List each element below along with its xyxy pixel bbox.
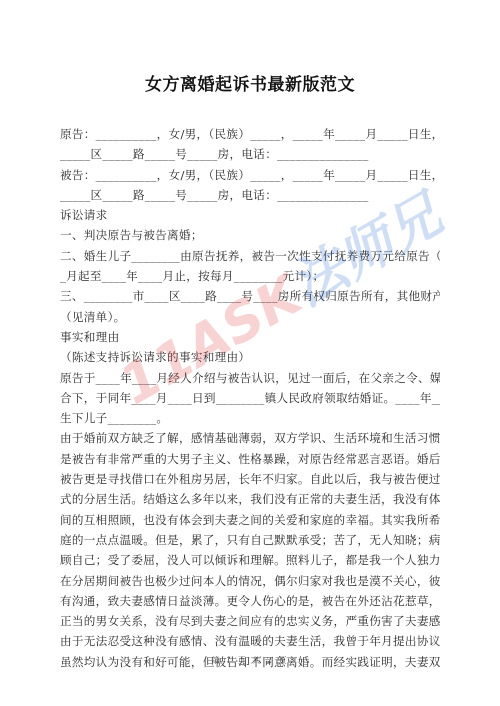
text-line: 原告于____年____月经人介绍与被告认识，见过一面后，在父亲之令、媒妁之言的…	[60, 368, 440, 388]
text-line: 式的分居生活。结婚这么多年以来，我们没有正常的夫妻生活，我没有体会到夫妻之	[60, 489, 440, 509]
document-page: 女方离婚起诉书最新版范文 原告：__________，女/男，（民族）_____…	[0, 0, 500, 706]
text-line: 三、________市____区____路____号____房所有权归原告所有，…	[60, 286, 440, 306]
text-line: 正当的男女关系，没有尽到夫妻之间应有的忠实义务，严重伤害了夫妻感情。	[60, 611, 440, 631]
text-line: 原告：__________，女/男，（民族）_____，_____年_____月…	[60, 124, 440, 144]
document-body: 原告：__________，女/男，（民族）_____，_____年_____月…	[60, 124, 440, 672]
section-heading: 事实和理由	[60, 327, 440, 347]
text-line: _____区_____路_____号_____房，电话：____________…	[60, 185, 440, 205]
text-line: 由于婚前双方缺乏了解，感情基础薄弱，双方学识、生活环境和生活习惯不同，尤其	[60, 428, 440, 448]
text-line: 合下，于同年____月____日到________镇人民政府领取结婚证。____…	[60, 388, 440, 408]
section-heading: 诉讼请求	[60, 205, 440, 225]
text-line: 有沟通，致夫妻感情日益淡薄。更令人伤心的是，被告在外还沾花惹草，与他人有不	[60, 591, 440, 611]
text-line: （见清单）。	[60, 307, 440, 327]
text-line: 一、判决原告与被告离婚；	[60, 225, 440, 245]
text-line: 由于无法忍受这种没有感情、没有温暖的夫妻生活，我曾于年月提出协议离婚，双方	[60, 631, 440, 651]
text-line: （陈述支持诉讼请求的事实和理由）	[60, 347, 440, 367]
text-line: 是被告有非常严重的大男子主义、性格暴躁，对原告经常恶言恶语。婚后不到二年，	[60, 449, 440, 469]
text-line: 被告更是寻找借口在外租房另居，长年不归家。自此以后，我与被告便过上牛郎织女	[60, 469, 440, 489]
text-line: 二、婚生儿子________由原告抚养，被告一次性支付抚养费万元给原告（从___…	[60, 246, 440, 266]
text-line: 间的互相照顾，也没有体会到夫妻之间的关爱和家庭的幸福。其实我所希望的只是家	[60, 510, 440, 530]
text-line: 庭的一点点温暖。但是，累了，只有自己默默承受；苦了，无人知晓；病了，自己照	[60, 530, 440, 550]
text-line: 顾自己；受了委屈，没人可以倾诉和理解。照料儿子，都是我一个人独力承受。	[60, 550, 440, 570]
document-title: 女方离婚起诉书最新版范文	[0, 70, 500, 95]
text-line: 被告：__________，女/男，（民族）_____，_____年_____月…	[60, 165, 440, 185]
page-number: 第 1 页 共 2 页	[0, 655, 500, 666]
text-line: 在分居期间被告也极少过问本人的情况，偶尔归家对我也是漠不关心，彼此积怨，没	[60, 571, 440, 591]
text-line: _月起至____年____月止，按每月________元计）；	[60, 266, 440, 286]
text-line: _____区_____路_____号_____房，电话：____________…	[60, 144, 440, 164]
text-line: 生下儿子________。	[60, 408, 440, 428]
